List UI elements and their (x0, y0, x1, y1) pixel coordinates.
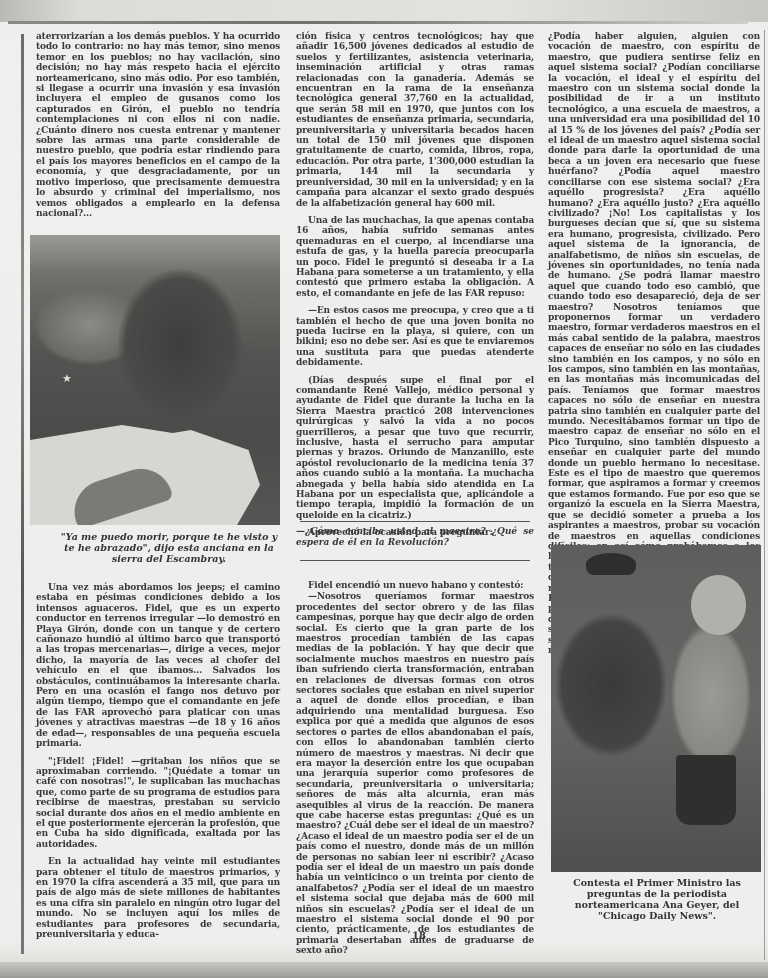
photo-1-caption: "Ya me puedo morir, porque te he visto y… (58, 532, 280, 565)
column-1-top: aterrorizarían a los demás pueblos. Y ha… (36, 32, 280, 226)
page-number: 18 (412, 931, 426, 942)
paragraph: aterrorizarían a los demás pueblos. Y ha… (36, 32, 280, 219)
paragraph: ción física y centros tecnológicos; hay … (296, 32, 534, 209)
photo-fidel-reading: ★ (30, 235, 280, 525)
paragraph: (Días después supe el final por el coman… (296, 376, 534, 522)
interview-question: —¿Cómo concibe usted al maestro? ¿Qué se… (296, 527, 534, 549)
star-icon: ★ (62, 372, 72, 385)
paragraph: Una vez más abordamos los jeeps; el cami… (36, 583, 280, 750)
page-top-shadow (0, 0, 768, 22)
magazine-page: aterrorizarían a los demás pueblos. Y ha… (0, 0, 768, 978)
paragraph: —Nosotros queríamos formar maestros proc… (296, 592, 534, 956)
photo-interview (551, 545, 761, 872)
divider-rule (300, 560, 530, 561)
column-1-bottom: Una vez más abordamos los jeeps; el cami… (36, 583, 280, 947)
photo-2-caption: Contesta el Primer Ministro las pregunta… (551, 878, 763, 922)
column-2-top: ción física y centros tecnológicos; hay … (296, 32, 534, 546)
skirt-shape (676, 755, 736, 825)
page-left-binding (21, 34, 24, 954)
paragraph: —En estos casos me preocupa, y creo que … (296, 306, 534, 368)
hair-shape (691, 575, 746, 635)
paragraph: Una de las muchachas, la que apenas cont… (296, 216, 534, 299)
column-2-bottom: Fidel encendió un nuevo habano y contest… (296, 581, 534, 964)
hat-shape (586, 553, 636, 575)
page-top-edge (8, 21, 748, 24)
divider-rule (300, 521, 530, 522)
page-bottom-edge (0, 962, 768, 978)
page-right-edge (764, 30, 765, 960)
paragraph: Fidel encendió un nuevo habano y contest… (296, 581, 534, 591)
paragraph: En la actualidad hay veinte mil estudian… (36, 857, 280, 940)
paragraph: "¡Fidel! ¡Fidel! —gritaban los niños que… (36, 757, 280, 851)
